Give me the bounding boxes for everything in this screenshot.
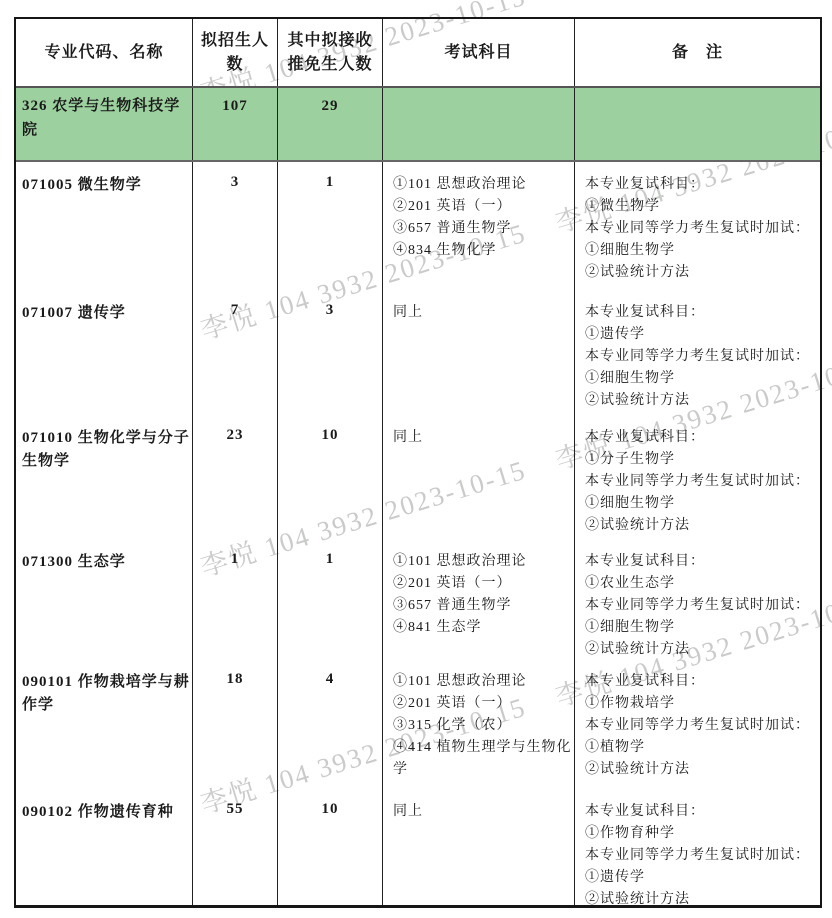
planned-count: 3 [193,162,277,290]
exam-subjects-cell: ①101 思想政治理论 ②201 英语（一） ③657 普通生物学 ④841 生… [383,539,574,659]
remark-line: ②试验统计方法 [585,759,818,781]
exam-subjects-cell: 同上 [383,290,574,415]
header-exam-subjects: 考试科目 [383,19,575,86]
exam-subject-line: ④841 生态学 [393,617,572,639]
exam-subject-line: ④834 生物化学 [393,240,572,262]
planned-count: 7 [193,290,277,415]
major-name: 090102 作物遗传育种 [16,789,192,905]
exam-subject-line: ①101 思想政治理论 [393,551,572,573]
watermark-text: 李悦 104 3932 2023-10-15 [550,0,832,3]
remark-line: ②试验统计方法 [585,889,818,911]
header-remarks: 备 注 [575,19,820,86]
remark-line: ①农业生态学 [585,573,818,595]
remark-line: 本专业复试科目： [585,551,818,573]
remark-line: ②试验统计方法 [585,639,818,661]
exam-subject-line: 同上 [393,427,572,449]
remark-line: 本专业复试科目： [585,671,818,693]
recommended-count: 4 [278,659,382,789]
remark-line: 本专业同等学力考生复试时加试： [585,715,818,737]
header-planned-enrollment: 拟招生人数 [193,19,278,86]
remark-line: ②试验统计方法 [585,262,818,284]
summary-row: 326 农学与生物科技学院 107 29 [16,88,820,162]
summary-planned-count: 107 [193,88,278,160]
major-name: 071007 遗传学 [16,290,192,415]
remark-line: ①植物学 [585,737,818,759]
column-remarks: 本专业复试科目： ①微生物学 本专业同等学力考生复试时加试： ①细胞生物学 ②试… [575,162,820,905]
remark-line: ①遗传学 [585,324,818,346]
recommended-count: 10 [278,789,382,905]
planned-count: 1 [193,539,277,659]
exam-subjects-cell: 同上 [383,415,574,539]
column-planned-enrollment: 3 7 23 1 18 55 [193,162,278,905]
exam-subject-line: ③657 普通生物学 [393,595,572,617]
exam-subject-line: ②201 英语（一） [393,196,572,218]
header-recommended-exempt: 其中拟接收推免生人数 [278,19,383,86]
remark-line: 本专业复试科目： [585,302,818,324]
remark-line: ①微生物学 [585,196,818,218]
remark-line: 本专业复试科目： [585,801,818,823]
exam-subject-line: ③315 化学（农） [393,715,572,737]
planned-count: 55 [193,789,277,905]
exam-subject-line: ②201 英语（一） [393,693,572,715]
column-recommended-exempt: 1 3 10 1 4 10 [278,162,383,905]
header-row: 专业代码、名称 拟招生人数 其中拟接收推免生人数 考试科目 备 注 [16,19,820,88]
planned-count: 23 [193,415,277,539]
exam-subjects-cell: ①101 思想政治理论 ②201 英语（一） ③657 普通生物学 ④834 生… [383,162,574,290]
exam-subject-line: ①101 思想政治理论 [393,174,572,196]
exam-subject-line: ②201 英语（一） [393,573,572,595]
table-body: 071005 微生物学 071007 遗传学 071010 生物化学与分子生物学… [16,162,820,905]
major-name: 090101 作物栽培学与耕作学 [16,659,192,789]
remark-line: 本专业复试科目： [585,427,818,449]
remark-line: ①细胞生物学 [585,368,818,390]
remarks-cell: 本专业复试科目： ①农业生态学 本专业同等学力考生复试时加试： ①细胞生物学 ②… [575,539,820,659]
exam-subject-line: ④414 植物生理学与生物化学 [393,737,572,781]
remarks-cell: 本专业复试科目： ①分子生物学 本专业同等学力考生复试时加试： ①细胞生物学 ②… [575,415,820,539]
admissions-table: 专业代码、名称 拟招生人数 其中拟接收推免生人数 考试科目 备 注 326 农学… [14,17,822,908]
summary-college-name: 326 农学与生物科技学院 [16,88,193,160]
remark-line: ②试验统计方法 [585,515,818,537]
summary-exam-subjects-empty [383,88,575,160]
recommended-count: 1 [278,539,382,659]
remarks-cell: 本专业复试科目： ①微生物学 本专业同等学力考生复试时加试： ①细胞生物学 ②试… [575,162,820,290]
planned-count: 18 [193,659,277,789]
remark-line: 本专业同等学力考生复试时加试： [585,346,818,368]
remark-line: 本专业同等学力考生复试时加试： [585,218,818,240]
remarks-cell: 本专业复试科目： ①作物育种学 本专业同等学力考生复试时加试： ①遗传学 ②试验… [575,789,820,905]
summary-recommended-count: 29 [278,88,383,160]
recommended-count: 1 [278,162,382,290]
column-major-code-name: 071005 微生物学 071007 遗传学 071010 生物化学与分子生物学… [16,162,193,905]
remark-line: 本专业同等学力考生复试时加试： [585,471,818,493]
remark-line: ①遗传学 [585,867,818,889]
column-exam-subjects: ①101 思想政治理论 ②201 英语（一） ③657 普通生物学 ④834 生… [383,162,575,905]
remark-line: ①分子生物学 [585,449,818,471]
exam-subjects-cell: 同上 [383,789,574,905]
remark-line: ①作物栽培学 [585,693,818,715]
remark-line: ①作物育种学 [585,823,818,845]
header-major-code-name: 专业代码、名称 [16,19,193,86]
remarks-cell: 本专业复试科目： ①作物栽培学 本专业同等学力考生复试时加试： ①植物学 ②试验… [575,659,820,789]
exam-subject-line: 同上 [393,302,572,324]
recommended-count: 10 [278,415,382,539]
remark-line: ②试验统计方法 [585,390,818,412]
major-name: 071300 生态学 [16,539,192,659]
exam-subject-line: ③657 普通生物学 [393,218,572,240]
exam-subject-line: 同上 [393,801,572,823]
exam-subject-line: ①101 思想政治理论 [393,671,572,693]
remark-line: ①细胞生物学 [585,493,818,515]
exam-subjects-cell: ①101 思想政治理论 ②201 英语（一） ③315 化学（农） ④414 植… [383,659,574,789]
major-name: 071005 微生物学 [16,162,192,290]
remark-line: 本专业同等学力考生复试时加试： [585,845,818,867]
remark-line: ①细胞生物学 [585,617,818,639]
remark-line: 本专业同等学力考生复试时加试： [585,595,818,617]
remarks-cell: 本专业复试科目： ①遗传学 本专业同等学力考生复试时加试： ①细胞生物学 ②试验… [575,290,820,415]
major-name: 071010 生物化学与分子生物学 [16,415,192,539]
remark-line: ①细胞生物学 [585,240,818,262]
recommended-count: 3 [278,290,382,415]
summary-remarks-empty [575,88,820,160]
remark-line: 本专业复试科目： [585,174,818,196]
